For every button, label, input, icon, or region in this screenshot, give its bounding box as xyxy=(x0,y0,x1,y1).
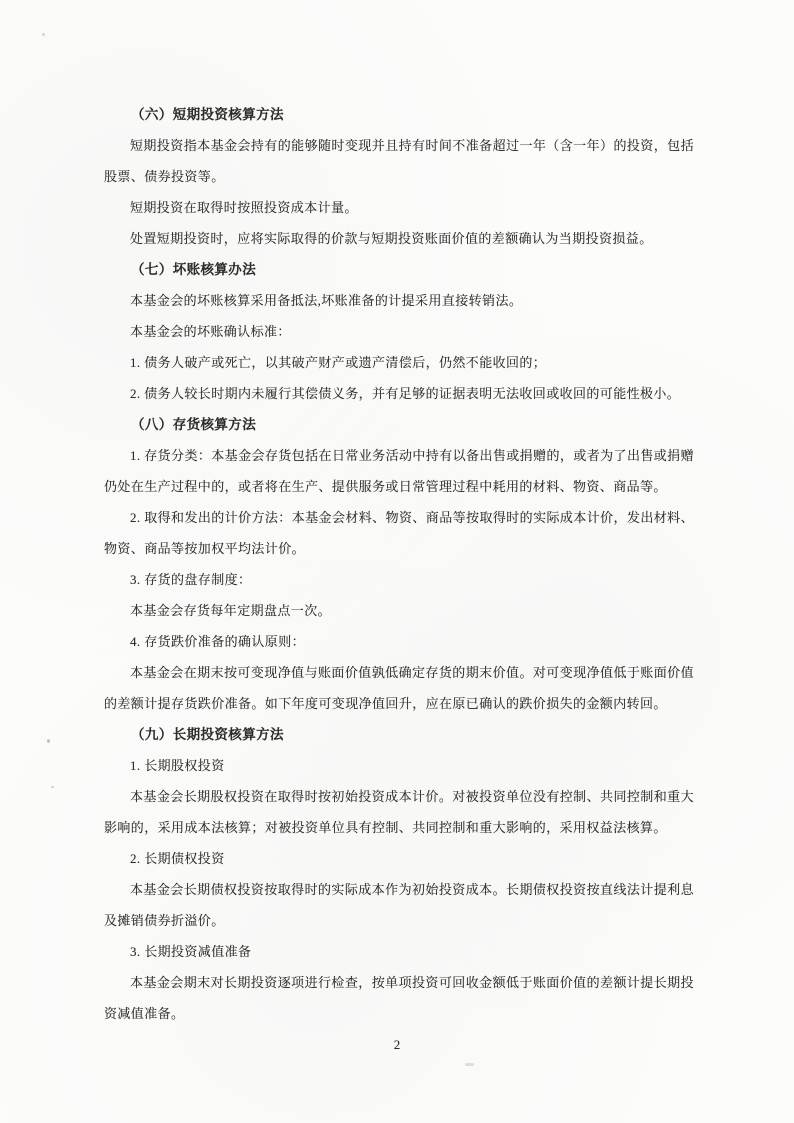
scan-speck xyxy=(47,739,50,743)
numbered-item: 3. 长期投资减值准备 xyxy=(104,936,694,967)
scan-speck xyxy=(42,33,45,36)
numbered-item: 1. 存货分类：本基金会存货包括在日常业务活动中持有以备出售或捐赠的，或者为了出… xyxy=(104,440,694,502)
numbered-item: 1. 长期股权投资 xyxy=(104,750,694,781)
numbered-item: 2. 长期债权投资 xyxy=(104,843,694,874)
paragraph: 短期投资在取得时按照投资成本计量。 xyxy=(104,192,694,223)
document-body: （六）短期投资核算方法 短期投资指本基金会持有的能够随时变现并且持有时间不准备超… xyxy=(104,99,694,1029)
paragraph: 本基金会在期末按可变现净值与账面价值孰低确定存货的期末价值。对可变现净值低于账面… xyxy=(104,657,694,719)
numbered-item: 1. 债务人破产或死亡，以其破产财产或遗产清偿后，仍然不能收回的； xyxy=(104,347,694,378)
numbered-item: 4. 存货跌价准备的确认原则： xyxy=(104,626,694,657)
paragraph: 本基金会的坏账确认标准： xyxy=(104,316,694,347)
numbered-item: 2. 取得和发出的计价方法：本基金会材料、物资、商品等按取得时的实际成本计价，发… xyxy=(104,502,694,564)
paragraph: 短期投资指本基金会持有的能够随时变现并且持有时间不准备超过一年（含一年）的投资，… xyxy=(104,130,694,192)
scanned-document-page: （六）短期投资核算方法 短期投资指本基金会持有的能够随时变现并且持有时间不准备超… xyxy=(0,0,794,1123)
section-heading-9: （九）长期投资核算方法 xyxy=(104,719,694,750)
page-number: 2 xyxy=(0,1031,794,1059)
paragraph: 本基金会长期债权投资按取得时的实际成本作为初始投资成本。长期债权投资按直线法计提… xyxy=(104,874,694,936)
section-heading-7: （七）坏账核算办法 xyxy=(104,254,694,285)
paragraph: 本基金会期末对长期投资逐项进行检查，按单项投资可回收金额低于账面价值的差额计提长… xyxy=(104,967,694,1029)
paragraph: 本基金会存货每年定期盘点一次。 xyxy=(104,595,694,626)
paragraph: 本基金会长期股权投资在取得时按初始投资成本计价。对被投资单位没有控制、共同控制和… xyxy=(104,781,694,843)
scan-speck xyxy=(465,1063,474,1066)
numbered-item: 3. 存货的盘存制度： xyxy=(104,564,694,595)
paragraph: 处置短期投资时，应将实际取得的价款与短期投资账面价值的差额确认为当期投资损益。 xyxy=(104,223,694,254)
section-heading-8: （八）存货核算方法 xyxy=(104,409,694,440)
scan-speck xyxy=(51,786,54,788)
paragraph: 本基金会的坏账核算采用备抵法,坏账准备的计提采用直接转销法。 xyxy=(104,285,694,316)
section-heading-6: （六）短期投资核算方法 xyxy=(104,99,694,130)
numbered-item: 2. 债务人较长时期内未履行其偿债义务，并有足够的证据表明无法收回或收回的可能性… xyxy=(104,378,694,409)
